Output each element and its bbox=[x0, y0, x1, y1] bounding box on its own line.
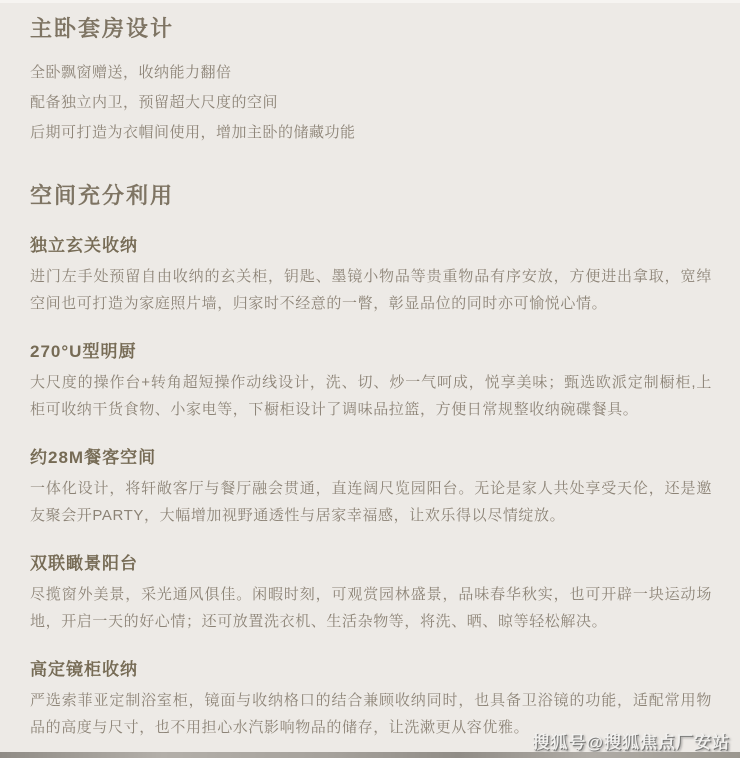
feature-entry-storage: 独立玄关收纳 进门左手处预留自由收纳的玄关柜，钥匙、墨镜小物品等贵重物品有序安放… bbox=[30, 236, 712, 317]
intro-line: 全卧飘窗赠送，收纳能力翻倍 bbox=[30, 65, 712, 81]
intro-line: 配备独立内卫，预留超大尺度的空间 bbox=[30, 95, 712, 111]
section-title-master-suite: 主卧套房设计 bbox=[30, 16, 712, 42]
feature-list: 独立玄关收纳 进门左手处预留自由收纳的玄关柜，钥匙、墨镜小物品等贵重物品有序安放… bbox=[30, 236, 712, 741]
feature-dining-living-space: 约28M餐客空间 一体化设计，将轩敞客厅与餐厅融会贯通，直连阔尺览园阳台。无论是… bbox=[30, 448, 712, 529]
intro-line: 后期可打造为衣帽间使用，增加主卧的储藏功能 bbox=[30, 125, 712, 141]
feature-heading: 270°U型明厨 bbox=[30, 342, 712, 362]
sohu-watermark: 搜狐号@搜狐焦点厂安站 bbox=[532, 728, 730, 753]
feature-heading: 双联瞰景阳台 bbox=[30, 554, 712, 574]
feature-body: 一体化设计，将轩敞客厅与餐厅融会贯通，直连阔尺览园阳台。无论是家人共处享受天伦，… bbox=[30, 475, 712, 529]
next-image-edge bbox=[0, 752, 740, 758]
feature-body: 尽揽窗外美景，采光通风俱佳。闲暇时刻，可观赏园林盛景，品味春华秋实，也可开辟一块… bbox=[30, 581, 712, 635]
intro-bullet-list: 全卧飘窗赠送，收纳能力翻倍 配备独立内卫，预留超大尺度的空间 后期可打造为衣帽间… bbox=[30, 65, 712, 141]
feature-body: 大尺度的操作台+转角超短操作动线设计，洗、切、炒一气呵成，悦享美味；甄选欧派定制… bbox=[30, 369, 712, 423]
feature-heading: 高定镜柜收纳 bbox=[30, 660, 712, 680]
feature-heading: 独立玄关收纳 bbox=[30, 236, 712, 256]
feature-view-balcony: 双联瞰景阳台 尽揽窗外美景，采光通风俱佳。闲暇时刻，可观赏园林盛景，品味春华秋实… bbox=[30, 554, 712, 635]
top-edge-highlight bbox=[0, 0, 740, 3]
section-title-space-utilization: 空间充分利用 bbox=[30, 183, 712, 209]
feature-u-kitchen: 270°U型明厨 大尺度的操作台+转角超短操作动线设计，洗、切、炒一气呵成，悦享… bbox=[30, 342, 712, 423]
article-content: 主卧套房设计 全卧飘窗赠送，收纳能力翻倍 配备独立内卫，预留超大尺度的空间 后期… bbox=[0, 0, 740, 741]
feature-heading: 约28M餐客空间 bbox=[30, 448, 712, 468]
article-page: 主卧套房设计 全卧飘窗赠送，收纳能力翻倍 配备独立内卫，预留超大尺度的空间 后期… bbox=[0, 0, 740, 758]
feature-body: 进门左手处预留自由收纳的玄关柜，钥匙、墨镜小物品等贵重物品有序安放，方便进出拿取… bbox=[30, 263, 712, 317]
